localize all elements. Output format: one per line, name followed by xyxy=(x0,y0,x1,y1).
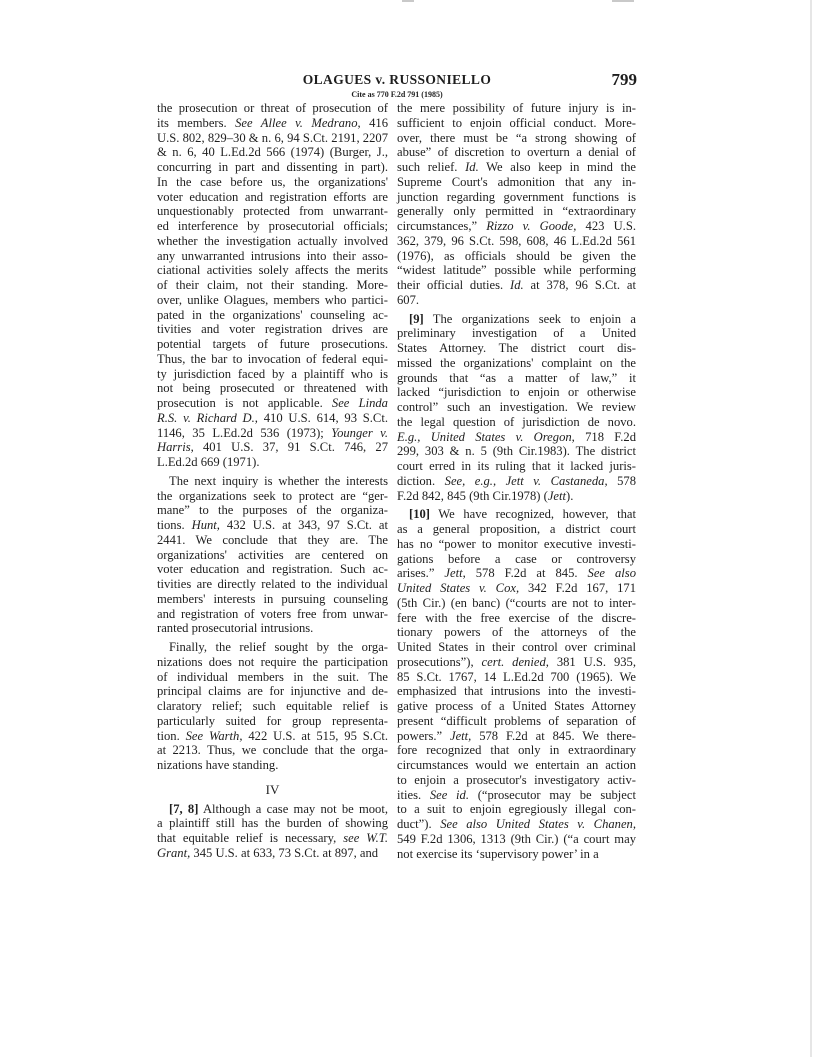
text-line: duct”). See also United States v. Chanen… xyxy=(397,817,636,832)
text-line: fere with the free exercise of the discr… xyxy=(397,611,636,626)
text-line: ranted prosecutorial intrusions. xyxy=(157,621,388,636)
text-line: claratory relief; such equitable relief … xyxy=(157,699,388,714)
text-line: pated in the organizations' counseling a… xyxy=(157,308,388,323)
text-line: fore recognized that only in extraordina… xyxy=(397,743,636,758)
right-column: the mere possibility of future injury is… xyxy=(397,101,636,861)
text-line: nizations does not require the participa… xyxy=(157,655,388,670)
text-line: not exercise its ‘supervisory power’ in … xyxy=(397,847,636,862)
text-line: (5th Cir.) (en banc) (“courts are not to… xyxy=(397,596,636,611)
text-line: 2441. We conclude that they are. The xyxy=(157,533,388,548)
text-line: voter education and registration. Such a… xyxy=(157,562,388,577)
text-line: of their claim, not their standing. More… xyxy=(157,278,388,293)
text-line: U.S. 802, 829–30 & n. 6, 94 S.Ct. 2191, … xyxy=(157,131,388,146)
text-line: ities. See id. (“prosecutor may be subje… xyxy=(397,788,636,803)
text-line: particularly suited for group representa… xyxy=(157,714,388,729)
text-line: such relief. Id. We also keep in mind th… xyxy=(397,160,636,175)
text-line: tions. Hunt, 432 U.S. at 343, 97 S.Ct. a… xyxy=(157,518,388,533)
text-line: emphasized that intrusions into the inve… xyxy=(397,684,636,699)
text-line: & n. 6, 40 L.Ed.2d 566 (1974) (Burger, J… xyxy=(157,145,388,160)
running-title: OLAGUES v. RUSSONIELLO xyxy=(157,72,637,88)
text-line: generally only permitted in “extraordina… xyxy=(397,204,636,219)
text-line: nizations have standing. xyxy=(157,758,388,773)
text-line: “widest latitude” possible while perform… xyxy=(397,263,636,278)
text-line: over, unlike Olagues, members who partic… xyxy=(157,293,388,308)
text-line: ciational activities solely affects the … xyxy=(157,263,388,278)
text-line: grounds that “as a matter of law,” it xyxy=(397,371,636,386)
text-line: the organizations seek to protect are “g… xyxy=(157,489,388,504)
scan-artifact-mark xyxy=(612,0,634,2)
text-line: has no “power to monitor executive inves… xyxy=(397,537,636,552)
text-line: ed interference by prosecutorial officia… xyxy=(157,219,388,234)
text-line: potential targets of future prosecutions… xyxy=(157,337,388,352)
text-line: the prosecution or threat of prosecution… xyxy=(157,101,388,116)
paragraph: the mere possibility of future injury is… xyxy=(397,101,636,308)
text-line: that equitable relief is necessary, see … xyxy=(157,831,388,846)
text-line: junction regarding government functions … xyxy=(397,190,636,205)
text-line: whether the investigation actually invol… xyxy=(157,234,388,249)
text-line: over, there must be “a strong showing of xyxy=(397,131,636,146)
text-line: court erred in its ruling that it lacked… xyxy=(397,459,636,474)
text-line: members' interests in pursuing counselin… xyxy=(157,592,388,607)
text-line: F.2d 842, 845 (9th Cir.1978) (Jett). xyxy=(397,489,636,504)
text-line: the legal question of jurisdiction de no… xyxy=(397,415,636,430)
text-line: tivities and voter registration drives a… xyxy=(157,322,388,337)
section-heading: IV xyxy=(157,783,388,798)
page-number: 799 xyxy=(612,70,638,90)
text-line: of individual members in the suit. The xyxy=(157,670,388,685)
text-line: L.Ed.2d 669 (1971). xyxy=(157,455,388,470)
text-line: unquestionably protected from unwarrant- xyxy=(157,204,388,219)
text-line: The next inquiry is whether the interest… xyxy=(157,474,388,489)
text-line: R.S. v. Richard D., 410 U.S. 614, 93 S.C… xyxy=(157,411,388,426)
text-line: organizations' activities are centered o… xyxy=(157,548,388,563)
text-line: tionary powers of the attorneys of the xyxy=(397,625,636,640)
paragraph: The next inquiry is whether the interest… xyxy=(157,474,388,636)
text-line: abuse” of discretion to overturn a denia… xyxy=(397,145,636,160)
text-line: its members. See Allee v. Medrano, 416 xyxy=(157,116,388,131)
text-line: circumstances would we entertain an acti… xyxy=(397,758,636,773)
text-line: not being prosecuted or threatened with xyxy=(157,381,388,396)
text-line: United States in their control over crim… xyxy=(397,640,636,655)
text-line: any unwarranted intrusions into their as… xyxy=(157,249,388,264)
text-line: ty jurisdiction faced by a plaintiff who… xyxy=(157,367,388,382)
page-header: OLAGUES v. RUSSONIELLO 799 Cite as 770 F… xyxy=(157,70,637,104)
text-line: 607. xyxy=(397,293,636,308)
text-line: a plaintiff still has the burden of show… xyxy=(157,816,388,831)
text-line: arises.” Jett, 578 F.2d at 845. See also xyxy=(397,566,636,581)
text-line: prosecution is not applicable. See Linda xyxy=(157,396,388,411)
text-line: 85 S.Ct. 1767, 14 L.Ed.2d 700 (1965). We xyxy=(397,670,636,685)
text-line: Thus, the bar to invocation of federal e… xyxy=(157,352,388,367)
text-line: to enjoin a prosecutor's investigatory a… xyxy=(397,773,636,788)
text-line: 299, 303 & n. 5 (9th Cir.1983). The dist… xyxy=(397,444,636,459)
text-line: tivities are directly related to the ind… xyxy=(157,577,388,592)
paragraph: [10] We have recognized, however, thatas… xyxy=(397,507,636,861)
scan-page-edge xyxy=(810,0,812,1057)
text-line: E.g., United States v. Oregon, 718 F.2d xyxy=(397,430,636,445)
text-line: sufficient to enjoin official conduct. M… xyxy=(397,116,636,131)
text-line: [9] The organizations seek to enjoin a xyxy=(397,312,636,327)
paragraph: the prosecution or threat of prosecution… xyxy=(157,101,388,470)
text-line: voter education and registration efforts… xyxy=(157,190,388,205)
text-line: prosecutions”), cert. denied, 381 U.S. 9… xyxy=(397,655,636,670)
text-line: powers.” Jett, 578 F.2d at 845. We there… xyxy=(397,729,636,744)
text-line: In the case before us, the organizations… xyxy=(157,175,388,190)
text-line: United States v. Cox, 342 F.2d 167, 171 xyxy=(397,581,636,596)
citation-line: Cite as 770 F.2d 791 (1985) xyxy=(157,90,637,99)
text-line: control” such an investigation. We revie… xyxy=(397,400,636,415)
text-line: to a suit to enjoin egregiously illegal … xyxy=(397,802,636,817)
paragraph: Finally, the relief sought by the orga-n… xyxy=(157,640,388,773)
text-line: preliminary investigation of a United xyxy=(397,326,636,341)
text-line: principal claims are for injunctive and … xyxy=(157,684,388,699)
paragraph: [7, 8] Although a case may not be moot,a… xyxy=(157,802,388,861)
text-line: lacked “jurisdiction to enjoin or otherw… xyxy=(397,385,636,400)
text-line: [7, 8] Although a case may not be moot, xyxy=(157,802,388,817)
text-line: missed the organizations' complaint on t… xyxy=(397,356,636,371)
text-line: as a general proposition, a district cou… xyxy=(397,522,636,537)
text-line: concurring in part and dissenting in par… xyxy=(157,160,388,175)
text-line: tion. See Warth, 422 U.S. at 515, 95 S.C… xyxy=(157,729,388,744)
text-line: their official duties. Id. at 378, 96 S.… xyxy=(397,278,636,293)
paragraph: [9] The organizations seek to enjoin apr… xyxy=(397,312,636,504)
text-line: [10] We have recognized, however, that xyxy=(397,507,636,522)
text-line: Supreme Court's admonition that any in- xyxy=(397,175,636,190)
left-column: the prosecution or threat of prosecution… xyxy=(157,101,388,861)
text-line: (1976), as officials should be given the xyxy=(397,249,636,264)
text-line: 549 F.2d 1306, 1313 (9th Cir.) (“a court… xyxy=(397,832,636,847)
scan-artifact-mark xyxy=(402,0,414,2)
text-line: present “difficult problems of separatio… xyxy=(397,714,636,729)
text-line: and registration of voters free from unw… xyxy=(157,607,388,622)
text-line: States Attorney. The district court dis- xyxy=(397,341,636,356)
text-line: mane” to the purposes of the organiza- xyxy=(157,503,388,518)
text-line: 362, 379, 96 S.Ct. 598, 608, 46 L.Ed.2d … xyxy=(397,234,636,249)
text-line: circumstances,” Rizzo v. Goode, 423 U.S. xyxy=(397,219,636,234)
text-line: diction. See, e.g., Jett v. Castaneda, 5… xyxy=(397,474,636,489)
text-line: gations before a case or controversy xyxy=(397,552,636,567)
text-line: Finally, the relief sought by the orga- xyxy=(157,640,388,655)
text-line: the mere possibility of future injury is… xyxy=(397,101,636,116)
text-line: Harris, 401 U.S. 37, 91 S.Ct. 746, 27 xyxy=(157,440,388,455)
text-line: Grant, 345 U.S. at 633, 73 S.Ct. at 897,… xyxy=(157,846,388,861)
text-line: at 2213. Thus, we conclude that the orga… xyxy=(157,743,388,758)
text-line: gative process of a United States Attorn… xyxy=(397,699,636,714)
text-line: 1146, 35 L.Ed.2d 536 (1973); Younger v. xyxy=(157,426,388,441)
